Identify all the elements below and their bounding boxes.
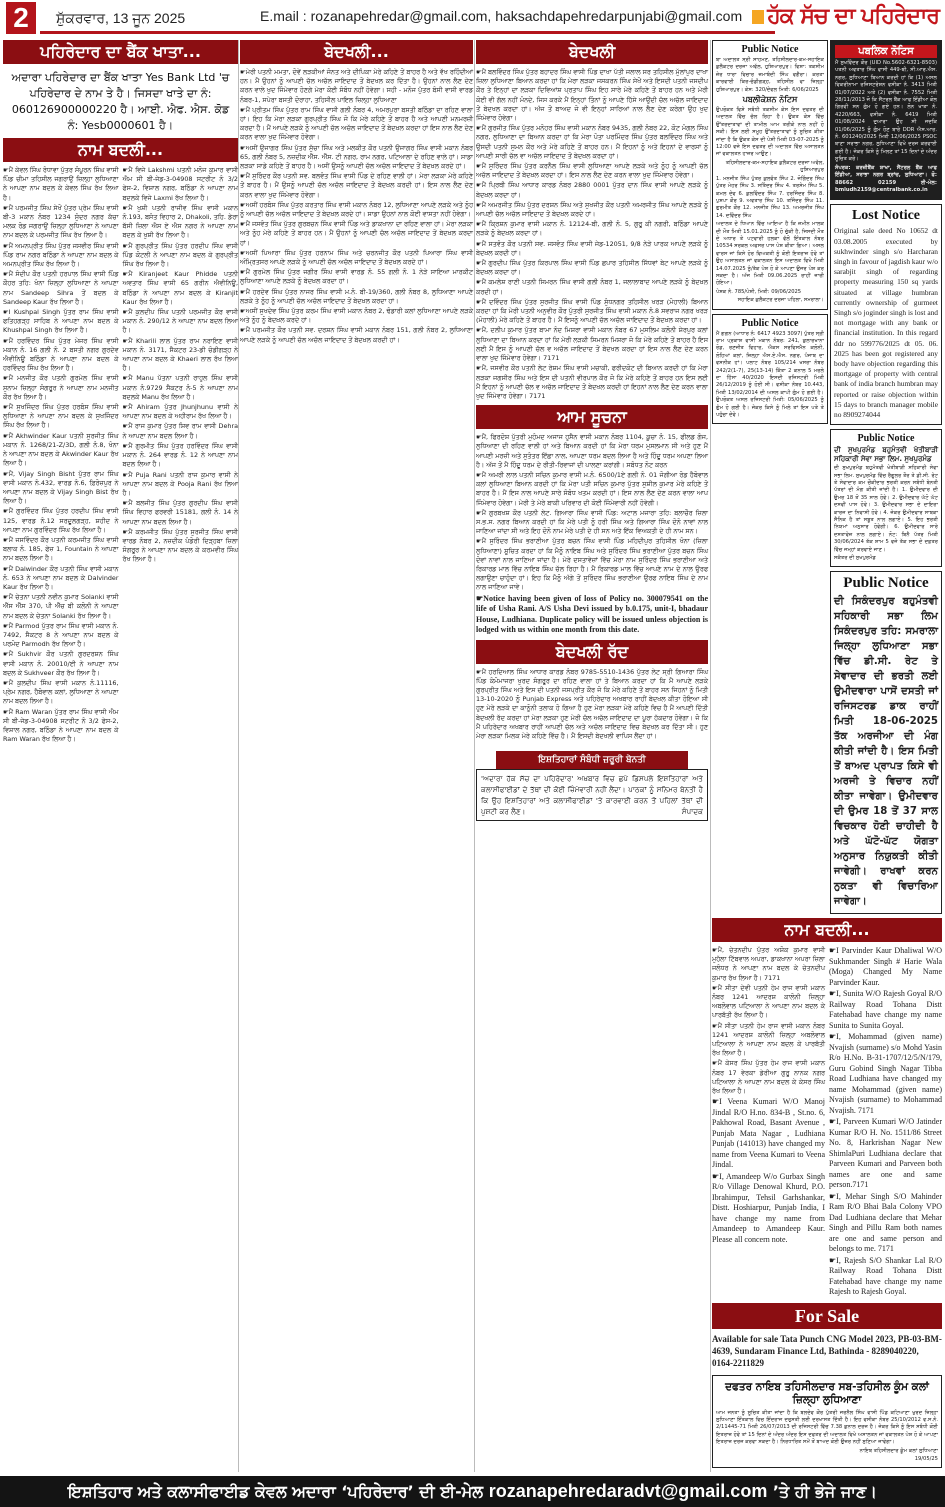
bank-section-header: ਪਹਿਰੇਦਾਰ ਦਾ ਬੈਂਕ ਖਾਤਾ... xyxy=(3,40,238,64)
court-public-notice: Public Notice ਬਾ ਅਦਾਲਤ ਸ੍ਰੀ ਸਾਹਮਣ, ਤਹਿਸੀ… xyxy=(712,40,828,310)
list-item: ਮੈਂ ਕ੍ਰਿਸ਼ਨ ਕੁਮਾਰ ਵਾਸੀ ਮਕਾਨ ਨੰ. 12124-ਬੀ… xyxy=(476,220,708,238)
column-divider xyxy=(238,40,239,1472)
list-item: ਮੈਂ ਸੰਦੀਪ ਕੌਰ ਪਤਨੀ ਹਰਪਾਲ ਸਿੰਘ ਵਾਸੀ ਪਿੰਡ … xyxy=(3,270,119,307)
public-notice-bank-text: ਮੈਂ ਸੁਖਵਿੰਦਰ ਕੌਰ (UID No.5602-6321-8503)… xyxy=(835,60,937,164)
column-divider xyxy=(474,40,475,1472)
name-change-right-col-left: ਮੈਂ, ਚੇਤਨਦੀਪ ਪੁੱਤਰ ਅਸ਼ੋਕ ਕੁਮਾਰ ਵਾਸੀ ਮੁਹੱ… xyxy=(712,946,825,1299)
list-item: ਮੈਂ ਗੁਰਪ੍ਰੀਤ ਸਿੰਘ ਪੁੱਤਰ ਹਰਦੀਪ ਸਿੰਘ ਵਾਸੀ … xyxy=(123,242,239,270)
list-item: ਮੈਂ ਕੁਲਦੀਪ ਸਿੰਘ ਵਾਸੀ ਮਕਾਨ ਨੰ.11116, ਪ੍ਰੇ… xyxy=(3,679,119,707)
column-court-notices: Public Notice ਬਾ ਅਦਾਲਤ ਸ੍ਰੀ ਸਾਹਮਣ, ਤਹਿਸੀ… xyxy=(712,40,828,428)
name-change-right-section: ਨਾਮ ਬਦਲੀ... ਮੈਂ, ਚੇਤਨਦੀਪ ਪੁੱਤਰ ਅਸ਼ੋਕ ਕੁਮ… xyxy=(712,918,942,1472)
footer-banner: ਇਸ਼ਤਿਹਾਰ ਅਤੇ ਕਲਾਸੀਫਾਈਡ ਕੇਵਲ ਅਦਾਰਾ ‘ਪਹਿਰੇ… xyxy=(0,1476,945,1507)
list-item: ਅਸੀਂ ਪਿਆਰਾ ਸਿੰਘ ਪੁੱਤਰ ਹਰਨਾਮ ਸਿੰਘ ਅਤੇ ਚਰਨ… xyxy=(240,249,473,267)
list-item: ਮੈਂ Kharili ਲਾਲ ਪੁੱਤਰ ਰਾਮ ਨਰਾਇਣ ਵਾਸੀ ਮਕਾ… xyxy=(123,337,239,374)
column-right-notices: ਪਬਲਿਕ ਨੋਟਿਸ ਮੈਂ ਸੁਖਵਿੰਦਰ ਕੌਰ (UID No.560… xyxy=(830,40,942,918)
land-notice-signer: ਸਹਾਇਕ ਕੁਲੈਕਟਰ ਦਰਜਾ ਪਹਿਲਾ, ਸਮਰਾਲਾ। xyxy=(716,297,824,304)
sikandarpur-notice-title: Public Notice xyxy=(834,575,938,592)
list-item: ਮੈਂ Sukhvir ਕੌਰ ਪਤਨੀ ਗੁਰਦਰਸ਼ਨ ਸਿੰਘ ਵਾਸੀ … xyxy=(3,650,119,678)
list-item: ਮੈਂ ਅਮਨਪ੍ਰੀਤ ਸਿੰਘ ਪੁੱਤਰ ਜਸਵੀਰ ਸਿੰਘ ਵਾਸੀ … xyxy=(3,242,119,270)
public-notice-society: Public Notice ਦੀ ਸੁਖਪੁਰਮੰਡ ਬਹੁਮੰਤਵੀ ਖੇਤੀ… xyxy=(830,429,942,567)
list-item: ਮੈਂ ਕਰਮਜੀਤ ਸਿੰਘ ਪੁੱਤਰ ਸੁਰਜੀਤ ਸਿੰਘ ਵਾਸੀ ਵ… xyxy=(123,528,239,565)
list-item: ਮੈਂ, ਦਲੀਪ ਕੁਮਾਰ ਪੁੱਤਰ ਬਾਮਾ ਨੰਦ ਮਿਸ਼ਰਾ ਵਾ… xyxy=(476,326,708,363)
list-item: ਮੇਰੀ ਪਤਨੀ ਮਮਤਾ, ਦੋਵੇਂ ਲੜਕੀਆਂ ਜੰਨਤ ਅਤੇ ਦੀ… xyxy=(240,68,473,105)
column-bank-and-name-change: ਪਹਿਰੇਦਾਰ ਦਾ ਬੈਂਕ ਖਾਤਾ... ਅਦਾਰਾ ਪਹਿਰੇਦਾਰ … xyxy=(3,40,238,745)
policy-loss-notice: Notice having been given of loss of Poli… xyxy=(476,594,708,636)
society-notice-intro: ਦੀ ਸੁਖਪੁਰਮੰਡ ਬਹੁਮੰਤਵੀ ਖੇਤੀਬਾੜੀ ਸਹਿਕਾਰੀ ਸ… xyxy=(834,446,938,464)
column-bedakhli: ਬੇਦਖਲੀ... ਮੇਰੀ ਪਤਨੀ ਮਮਤਾ, ਦੋਵੇਂ ਲੜਕੀਆਂ ਜ… xyxy=(240,40,473,346)
masthead-rule xyxy=(40,31,775,34)
bank-account-text: ਅਦਾਰਾ ਪਹਿਰੇਦਾਰ ਦਾ ਬੈਂਕ ਖਾਤਾ Yes Bank Ltd… xyxy=(3,68,238,138)
list-item: ਮੈਂ ਵਿਜੇ Lakshmi ਪਤਨੀ ਮਨੋਜ ਕੁਮਾਰ ਵਾਸੀ ਐਮ… xyxy=(123,166,239,203)
list-item: ਮੈਂ ਗੁਰਵਿੰਦਰ ਸਿੰਘ ਪੁੱਤਰ ਹਰਦੀਪ ਸਿੰਘ ਵਾਸੀ … xyxy=(3,507,119,535)
list-item: ਮੈਂ ਸੀਤਾ ਦੇਵੀ ਪਤਨੀ ਹੇਮ ਰਾਜ ਵਾਸੀ ਮਕਾਨ ਨੰਬ… xyxy=(712,984,825,1021)
public-notice-bank-title: ਪਬਲਿਕ ਨੋਟਿਸ xyxy=(835,45,937,58)
bedakhli-header: ਬੇਦਖਲੀ... xyxy=(240,40,473,64)
list-item: ਮੈਂ ਬਲਵਿੰਦਰ ਸਿੰਘ ਪੁੱਤਰ ਬਹਾਦਰ ਸਿੰਘ ਵਾਸੀ ਪ… xyxy=(476,68,708,123)
court-notice-body: ਉਪਰੋਕਤ ਵਿਸ਼ੇ ਸਬੰਧੀ ਤਕਸੀਮ ਕੇਸ ਇਸ ਦਫਤਰ ਦੀ … xyxy=(716,107,824,159)
lost-notice-text: Original sale deed No 10652 dt 03.08.200… xyxy=(834,226,938,420)
list-item: ਮੈਂ Ahiram ਪੁੱਤਰ Jhunjhunu ਵਾਸੀ ਨੇ ਆਪਣਾ … xyxy=(123,403,239,421)
public-notice-sikandarpur: Public Notice ਦੀ ਸਿਕੰਦਰਪੁਰ ਬਹੁਮੰਤਵੀ ਸਹਿਕ… xyxy=(830,571,942,914)
for-sale-text: Available for sale Tata Punch CNG Model … xyxy=(712,1333,942,1369)
bedakhli-list-2: ਮੈਂ ਬਲਵਿੰਦਰ ਸਿੰਘ ਪੁੱਤਰ ਬਹਾਦਰ ਸਿੰਘ ਵਾਸੀ ਪ… xyxy=(476,68,708,401)
public-notice-bank: ਪਬਲਿਕ ਨੋਟਿਸ ਮੈਂ ਸੁਖਵਿੰਦਰ ਕੌਰ (UID No.560… xyxy=(830,40,942,200)
ad-disclaimer-header: ਇਸ਼ਤਿਹਾਰਾਂ ਸੰਬੰਧੀ ਜ਼ਰੂਰੀ ਬੇਨਤੀ xyxy=(496,751,688,769)
list-item: ਮੈਂ ਸੁਖਜਿੰਦਰ ਸਿੰਘ ਪੁੱਤਰ ਹਰਬੰਸ ਸਿੰਘ ਵਾਸੀ … xyxy=(3,403,119,431)
ad-disclaimer: ਇਸ਼ਤਿਹਾਰਾਂ ਸੰਬੰਧੀ ਜ਼ਰੂਰੀ ਬੇਨਤੀ 'ਅਦਾਰਾ ਹੱ… xyxy=(476,751,708,821)
name-change-col-left: ਮੈਂ ਕੇਵਲ ਸਿੰਘ ਰੰਧਾਵਾ ਪੁੱਤਰ ਸੰਪੂਰਨ ਸਿੰਘ ਵ… xyxy=(3,166,119,745)
court-notice-signer: ਤਹਿਸੀਲਦਾਰ-ਕਮ-ਸਹਾਇਕ ਕੁਲੈਕਟਰ ਦਰਜਾ ਅਵੱਲ, ਹੁ… xyxy=(716,160,824,175)
list-item: ਮੈਂ ਗੁਰਬਖਸ਼ ਕੌਰ ਪਤਨੀ ਲੇਟ. ਗਿਆਰਾ ਸਿੰਘ ਵਾਸ… xyxy=(476,509,708,537)
masthead: 2 ਸ਼ੁੱਕਰਵਾਰ, 13 ਜੂਨ 2025 E.mail : rozana… xyxy=(0,0,945,36)
list-item: ਮੈਂ ਜਸਵੰਤ ਸਿੰਘ ਪੁੱਤਰ ਗੁਰਬਚਨ ਸਿੰਘ ਵਾਸੀ ਪਿ… xyxy=(240,220,473,248)
list-item: ਮੈਂ, ਚੇਤਨਦੀਪ ਪੁੱਤਰ ਅਸ਼ੋਕ ਕੁਮਾਰ ਵਾਸੀ ਮੁਹੱ… xyxy=(712,946,825,983)
public-notice-2-text: ਮੈਂ ਗਗਨ (ਆਧਾਰ ਨੰ: 6417 4923 3097) ਪੁੱਤਰ … xyxy=(716,331,824,420)
page-number: 2 xyxy=(6,2,36,34)
list-item: ਮੈਂ ਸੀਤਾ ਪਤਨੀ ਹੇਮ ਰਾਜ ਵਾਸੀ ਮਕਾਨ ਨੰਬਰ 124… xyxy=(712,1022,825,1059)
list-item: ਮੈਂ ਪ੍ਰਿਥੀ ਸਿੰਘ ਆਧਾਰ ਕਾਰਡ ਨੰਬਰ 2880 0001… xyxy=(476,181,708,199)
name-change-col-right: ਮੈਂ ਵਿਜੇ Lakshmi ਪਤਨੀ ਮਨੋਜ ਕੁਮਾਰ ਵਾਸੀ ਐਮ… xyxy=(123,166,239,745)
list-item: ਮੈਂ ਸਤਵੰਤ ਕੌਰ ਪਤਨੀ ਸਵ. ਜਸਵੰਤ ਸਿੰਘ ਵਾਸੀ ਜ… xyxy=(476,240,708,258)
list-item: ਮੈਂ ਹਰਵਿੰਦਰ ਸਿੰਘ ਪੁੱਤਰ ਮੇਜਰ ਸਿੰਘ ਵਾਸੀ ਮਕ… xyxy=(3,337,119,374)
tehsil-notice: ਦਫਤਰ ਨਾਇਬ ਤਹਿਸੀਲਦਾਰ ਸਬ-ਤਹਿਸੀਲ ਕੂੰਮ ਕਲਾਂ … xyxy=(712,1375,942,1469)
list-item: ਮੈਂ ਕੁਲਦੀਪ ਸਿੰਘ ਪਤਨੀ ਪਰਮਜੀਤ ਕੌਰ ਵਾਸੀ ਮਕਾ… xyxy=(123,308,239,336)
list-item: I, Amandeep W/o Gurbax Singh R/o Village… xyxy=(712,1172,825,1246)
list-item: ਮੈਂ, ਜਸਵੀਰ ਕੌਰ ਪਤਨੀ ਲੇਟ ਰੇਸ਼ਮ ਸਿੰਘ ਵਾਸੀ … xyxy=(476,364,708,401)
tehsil-notice-signer: ਨਾਇਬ ਤਹਿਸੀਲਦਾਰ ਕੂੰਮ ਕਲਾਂ ਲੁਧਿਆਣਾ xyxy=(716,1448,938,1455)
list-item: ਅਸੀਂ ਸੁਖਦੇਵ ਸਿੰਘ ਪੁੱਤਰ ਕਰਮ ਸਿੰਘ ਵਾਸੀ ਮਕਾ… xyxy=(240,307,473,325)
list-item: ਮੈਂ ਜਸਵਿੰਦਰ ਕੌਰ ਪਤਨੀ ਕਰਮਜੀਤ ਸਿੰਘ ਵਾਸੀ ਬਲ… xyxy=(3,536,119,564)
public-notice-2-title: Public Notice xyxy=(716,318,824,329)
name-change-right-header: ਨਾਮ ਬਦਲੀ... xyxy=(712,918,942,942)
list-item: I, Sunita W/O Rajesh Goyal R/O Railway R… xyxy=(829,989,942,1031)
name-change-right-list: ਮੈਂ, ਚੇਤਨਦੀਪ ਪੁੱਤਰ ਅਸ਼ੋਕ ਕੁਮਾਰ ਵਾਸੀ ਮੁਹੱ… xyxy=(712,946,942,1299)
society-notice-text: ਦੀ ਸੁਖਪੁਰਮੰਡ ਬਹੁਮੰਤਵੀ ਖੇਤੀਬਾੜੀ ਸਹਿਕਾਰੀ ਸ… xyxy=(834,465,938,554)
bedakhli-radd-text: ਮੈਂ ਹਰਦਿਆਲ ਸਿੰਘ ਆਧਾਰ ਕਾਰਡ ਨੰਬਰ 9785-5510… xyxy=(476,668,708,742)
issue-date: ਸ਼ੁੱਕਰਵਾਰ, 13 ਜੂਨ 2025 xyxy=(56,10,185,27)
aam-suchna-header: ਆਮ ਸੂਚਨਾ xyxy=(476,405,708,429)
list-item: ਮੈਂ Manu ਪੱਤਨਾ ਪਤਨੀ ਰਾਹੁਲ ਸਿੰਘ ਵਾਸੀ ਮਕਾਨ… xyxy=(123,374,239,402)
name-change-list: ਮੈਂ ਕੇਵਲ ਸਿੰਘ ਰੰਧਾਵਾ ਪੁੱਤਰ ਸੰਪੂਰਨ ਸਿੰਘ ਵ… xyxy=(3,166,238,745)
list-item: ਮੈਂ ਕਮਲੇਸ਼ ਰਾਣੀ ਪਤਨੀ ਸਿਮਰਨ ਸਿੰਘ ਵਾਸੀ ਗਲੀ… xyxy=(476,278,708,296)
public-notice-bank-contact: ਸੰਪਰਕ: ਕਰਜ਼ੀਬੈਂਕ ਸ਼ਾਖਾ, ਸੈਂਟਰਲ ਬੈਂਕ ਆਫ ਇ… xyxy=(835,165,937,195)
for-sale-header: For Sale xyxy=(712,1303,942,1329)
list-item: ਅਸੀਂ ਹਰਬੰਸ ਸਿੰਘ ਪੁੱਤਰ ਕਰਤਾਰ ਸਿੰਘ ਵਾਸੀ ਮਕ… xyxy=(240,201,473,219)
lost-notice: Lost Notice Original sale deed No 10652 … xyxy=(830,204,942,425)
list-item: ਮੈਂ ਖੁਸ਼ੀ ਪਤਨੀ ਰਾਜੀਵ ਸਿੰਘ ਵਾਸੀ ਮਕਾਨ ਨੰ.1… xyxy=(123,204,239,241)
bedakhli-header-2: ਬੇਦਖਲੀ xyxy=(476,40,708,64)
ad-disclaimer-box: 'ਅਦਾਰਾ ਹੱਕ ਸੱਚ ਦਾ ਪਹਿਰੇਦਾਰ' ਅਖ਼ਬਾਰ ਵਿਚ ਛ… xyxy=(476,769,708,821)
column-divider xyxy=(710,40,711,1472)
bedakhli-list: ਮੇਰੀ ਪਤਨੀ ਮਮਤਾ, ਦੋਵੇਂ ਲੜਕੀਆਂ ਜੰਨਤ ਅਤੇ ਦੀ… xyxy=(240,68,473,345)
list-item: ਮੈਂ ਰਾਜ ਕੁਮਾਰ ਪੁੱਤਰ ਸ਼ਿਵ ਰਾਮ ਵਾਸੀ Dehra … xyxy=(123,422,239,440)
list-item: ਮੈਂ Ram Waran ਪੁੱਤਰ ਰਾਮ ਸਿੰਘ ਵਾਸੀ ਐਮ ਸੀ … xyxy=(3,708,119,745)
bedakhli-radd-header: ਬੇਦਖਲੀ ਰੱਦ xyxy=(476,640,708,664)
list-item: I Parvinder Kaur Dhaliwal W/O Sukhmander… xyxy=(829,946,942,988)
logo-flag-icon xyxy=(752,10,764,24)
list-item: ਮੈਂ ਬਲਜੀਤ ਸਿੰਘ ਪੁੱਤਰ ਗੁਰਦੀਪ ਸਿੰਘ ਵਾਸੀ ਸਿ… xyxy=(123,499,239,527)
court-notice-list: 1. ਮਨਜੀਤ ਸਿੰਘ ਪੁੱਤਰ ਕੁਲਵੰਤ ਸਿੰਘ 2. ਜੋਗਿੰ… xyxy=(716,176,824,220)
list-item: ਮੈਂ ਮਨਜੀਤ ਕੌਰ ਪਤਨੀ ਗੁਰਮੇਲ ਸਿੰਘ ਵਾਸੀ ਸੁਨਾ… xyxy=(3,374,119,402)
column-bedakhli-2: ਬੇਦਖਲੀ ਮੈਂ ਬਲਵਿੰਦਰ ਸਿੰਘ ਪੁੱਤਰ ਬਹਾਦਰ ਸਿੰਘ… xyxy=(476,40,708,821)
header-email: E.mail : rozanapehredar@gmail.com, haksa… xyxy=(260,8,742,24)
list-item: I, Parveen Kumari W/O Jatinder Kumar R/O… xyxy=(829,1117,942,1191)
list-item: ਮੈਂ ਦਵਿੰਦਰ ਸਿੰਘ ਪੁੱਤਰ ਸੁਰਜੀਤ ਸਿੰਘ ਵਾਸੀ ਪ… xyxy=(476,298,708,326)
list-item: ਮੈਂ ਗੁਰਜੀਤ ਸਿੰਘ ਪੁੱਤਰ ਮਨੋਹਰ ਸਿੰਘ ਵਾਸੀ ਮਕ… xyxy=(476,124,708,161)
tehsil-notice-date: 19/05/25 xyxy=(716,1456,938,1463)
list-item: ਮੈਂ ਗੁਰਮੀਤ ਸਿੰਘ ਪੁੱਤਰ ਹਰਵਿੰਦਰ ਸਿੰਘ ਵਾਸੀ … xyxy=(123,442,239,470)
footer-text-before: ਇਸ਼ਤਿਹਾਰ ਅਤੇ ਕਲਾਸੀਫਾਈਡ ਕੇਵਲ ਅਦਾਰਾ ‘ਪਹਿਰੇ… xyxy=(68,1482,489,1501)
society-notice-title: Public Notice xyxy=(834,433,938,444)
tehsil-notice-title: ਦਫਤਰ ਨਾਇਬ ਤਹਿਸੀਲਦਾਰ ਸਬ-ਤਹਿਸੀਲ ਕੂੰਮ ਕਲਾਂ … xyxy=(716,1381,938,1407)
list-item: ਮੈਂ ਕੇਸਰ ਸਿੰਘ ਪੁੱਤਰ ਹੇਮ ਰਾਜ ਵਾਸੀ ਮਕਾਨ ਨੰ… xyxy=(712,1059,825,1096)
list-item: ਮੈਂ ਸੁਰਿੰਦਰ ਕੌਰ ਪਤਨੀ ਸਵ. ਬਲਵੰਤ ਸਿੰਘ ਵਾਸੀ… xyxy=(240,172,473,200)
list-item: ਮੈਂ, Vijay Singh Bisht ਪੁੱਤਰ ਰਾਮ ਸਿੰਘ ਵਾ… xyxy=(3,470,119,507)
ad-disclaimer-text: 'ਅਦਾਰਾ ਹੱਕ ਸੱਚ ਦਾ ਪਹਿਰੇਦਾਰ' ਅਖ਼ਬਾਰ ਵਿਚ ਛ… xyxy=(481,774,703,816)
list-item: I, Rajesh S/O Shankar Lal R/O Railway Ro… xyxy=(829,1256,942,1298)
list-item: I, Mehar Singh S/O Mahinder Ram R/O Bhai… xyxy=(829,1192,942,1255)
footer-email-link[interactable]: rozanapehredaradvt@gmail.com xyxy=(489,1481,768,1501)
list-item: ਮੈਂ Kiranjeet Kaur Phidde ਪਤਨੀ ਅਵਤਾਰ ਸਿੰ… xyxy=(123,270,239,307)
list-item: ਮੈਂ ਪ੍ਰੀਤਮ ਸਿੰਘ ਪੁੱਤਰ ਰਾਮ ਸਿੰਘ ਵਾਸੀ ਗਲੀ … xyxy=(240,106,473,143)
name-change-header: ਨਾਮ ਬਦਲੀ... xyxy=(3,138,238,162)
list-item: ਮੈਂ ਹਰਦੇਵ ਸਿੰਘ ਪੁੱਤਰ ਨਾਜਰ ਸਿੰਘ ਵਾਸੀ ਮ.ਨੰ… xyxy=(240,288,473,306)
newspaper-logo: ਹੱਕ ਸੱਚ ਦਾ ਪਹਿਰੇਦਾਰ xyxy=(749,4,939,29)
list-item: ਮੈਂ ਗੁਰਦੀਪ ਸਿੰਘ ਪੁੱਤਰ ਕਿਰਪਾਲ ਸਿੰਘ ਵਾਸੀ ਪ… xyxy=(476,259,708,277)
list-item: ਮੈਂ ਅਮਰਜੀਤ ਸਿੰਘ ਪੁੱਤਰ ਦਰਸ਼ਨ ਸਿੰਘ ਅਤੇ ਸੁਖ… xyxy=(476,201,708,219)
list-item: ਮੈਂ ਕੇਵਲ ਸਿੰਘ ਰੰਧਾਵਾ ਪੁੱਤਰ ਸੰਪੂਰਨ ਸਿੰਘ ਵ… xyxy=(3,166,119,203)
name-change-right-col-right: I Parvinder Kaur Dhaliwal W/O Sukhmander… xyxy=(829,946,942,1299)
list-item: ਮੈਂ Akhwinder Kaur ਪਤਨੀ ਸੁਰਜੀਤ ਸਿੰਘ ਮਕਾਨ… xyxy=(3,432,119,469)
court-notice-title: Public Notice xyxy=(716,44,824,55)
aam-suchna-list: ਮੈਂ, ਫਿਰਦੋਸ਼ ਪੁੱਤਰੀ ਮੁਹੰਮਦ ਅਜਾਜ ਹੁਸੈਨ ਵਾ… xyxy=(476,433,708,592)
court-notice-subtitle: ਪਬਲੀਕੇਸ਼ਨ ਨੋਟਿਸ xyxy=(716,95,824,105)
list-item: ਮੈਂ ਸੁਰਿੰਦਰ ਸਿੰਘ ਭਰਾਣੀਆ ਪੁੱਤਰ ਬਚਨ ਸਿੰਘ ਵ… xyxy=(476,537,708,592)
list-item: I Veena Kumari W/O Manoj Jindal R/O H.no… xyxy=(712,1097,825,1171)
list-item: ਮੈਂ ਚੇਤਨਾ ਪਤਨੀ ਨਵੀਨ ਕੁਮਾਰ Solanki ਵਾਸੀ ਐ… xyxy=(3,593,119,621)
list-item: ਮੈਂ ਸੁਰਿੰਦਰ ਸਿੰਘ ਪੁੱਤਰ ਕਰਨੈਲ ਸਿੰਘ ਵਾਸੀ ਲ… xyxy=(476,162,708,180)
list-item: ਅਸੀਂ ਉਜਾਗਰ ਸਿੰਘ ਪੁੱਤਰ ਸੁੱਚਾ ਸਿੰਘ ਅਤੇ ਮਲਕ… xyxy=(240,144,473,172)
land-notice-ref: ਪੇਸ਼ਕ ਨੰ. 785/ਪੇਸ਼ੀ, ਮਿਤੀ: 09/06/2025 xyxy=(716,289,824,296)
list-item: ਮੈਂ, ਫਿਰਦੋਸ਼ ਪੁੱਤਰੀ ਮੁਹੰਮਦ ਅਜਾਜ ਹੁਸੈਨ ਵਾ… xyxy=(476,433,708,470)
tehsil-notice-text: ਆਮ ਜਨਤਾ ਨੂੰ ਸੂਚਿਤ ਕੀਤਾ ਜਾਂਦਾ ਹੈ ਕਿ ਬਲਦੇਵ… xyxy=(716,1410,938,1447)
list-item: I Kushpal Singh ਪੁੱਤਰ ਰਾਮ ਸਿੰਘ ਵਾਸੀ ਫਤਿਹ… xyxy=(3,308,119,336)
list-item: I, Mohammad (given name) Nvajish (surnam… xyxy=(829,1032,942,1116)
list-item: ਮੈਂ ਪਰਮਜੀਤ ਸਿੰਘ ਸੇਖੋਂ ਪੁੱਤਰ ਪ੍ਰੇਮ ਸਿੰਘ ਵ… xyxy=(3,204,119,241)
list-item: ਮੈਂ Parmod ਪੁੱਤਰ ਰਾਮ ਸਿੰਘ ਵਾਸੀ ਮਕਾਨ ਨੰ. … xyxy=(3,622,119,650)
public-notice-lost-registry: Public Notice ਮੈਂ ਗਗਨ (ਆਧਾਰ ਨੰ: 6417 492… xyxy=(712,314,828,425)
society-notice-sign: ਸਕੱਤਰ ਦੀ ਸੁਖਪੁਰਮੰਡ xyxy=(834,555,938,562)
list-item: ਮੈਂ Puja Rani ਪਤਨੀ ਰਾਜ ਕੁਮਾਰ ਵਾਸੀ ਨੇ ਆਪਣ… xyxy=(123,471,239,499)
ad-disclaimer-sign: ਸੰਪਾਦਕ xyxy=(682,806,703,817)
sikandarpur-notice-text: ਦੀ ਸਿਕੰਦਰਪੁਰ ਬਹੁਮੰਤਵੀ ਸਹਿਕਾਰੀ ਸਭਾ ਲਿਮ ਸਿ… xyxy=(834,594,938,909)
footer-text-after: ’ਤੇ ਹੀ ਭੇਜੇ ਜਾਣ। xyxy=(767,1482,877,1501)
list-item: ਮੈਂ ਅਮਰੀ ਲਾਲ ਪਤਨੀ ਸਚਿਨ ਕੁਮਾਰ ਵਾਸੀ ਮ.ਨੰ. … xyxy=(476,471,708,508)
court-notice-heading: ਬਾ ਅਦਾਲਤ ਸ੍ਰੀ ਸਾਹਮਣ, ਤਹਿਸੀਲਦਾਰ-ਕਮ-ਸਹਾਇਕ … xyxy=(716,57,824,94)
lost-notice-title: Lost Notice xyxy=(834,208,938,224)
list-item: ਮੈਂ ਪਰਮਜੀਤ ਕੌਰ ਪਤਨੀ ਸਵ. ਦਰਸ਼ਨ ਸਿੰਘ ਵਾਸੀ … xyxy=(240,326,473,344)
list-item: ਮੈਂ Dalwinder ਕੌਰ ਪਤਨੀ ਸਿੰਘ ਵਾਸੀ ਮਕਾਨ ਨੰ… xyxy=(3,565,119,593)
list-item: ਮੈਂ ਗੁਰਮੇਲ ਸਿੰਘ ਪੁੱਤਰ ਜਗੀਰ ਸਿੰਘ ਵਾਸੀ ਵਾਰ… xyxy=(240,268,473,286)
land-notice-text: ਅਦਾਲਤ ਦੇ ਧਿਆਨ ਵਿੱਚ ਆਇਆ ਹੈ ਕਿ ਜ਼ਮੀਨ ਮਾਲਕ … xyxy=(716,221,824,288)
